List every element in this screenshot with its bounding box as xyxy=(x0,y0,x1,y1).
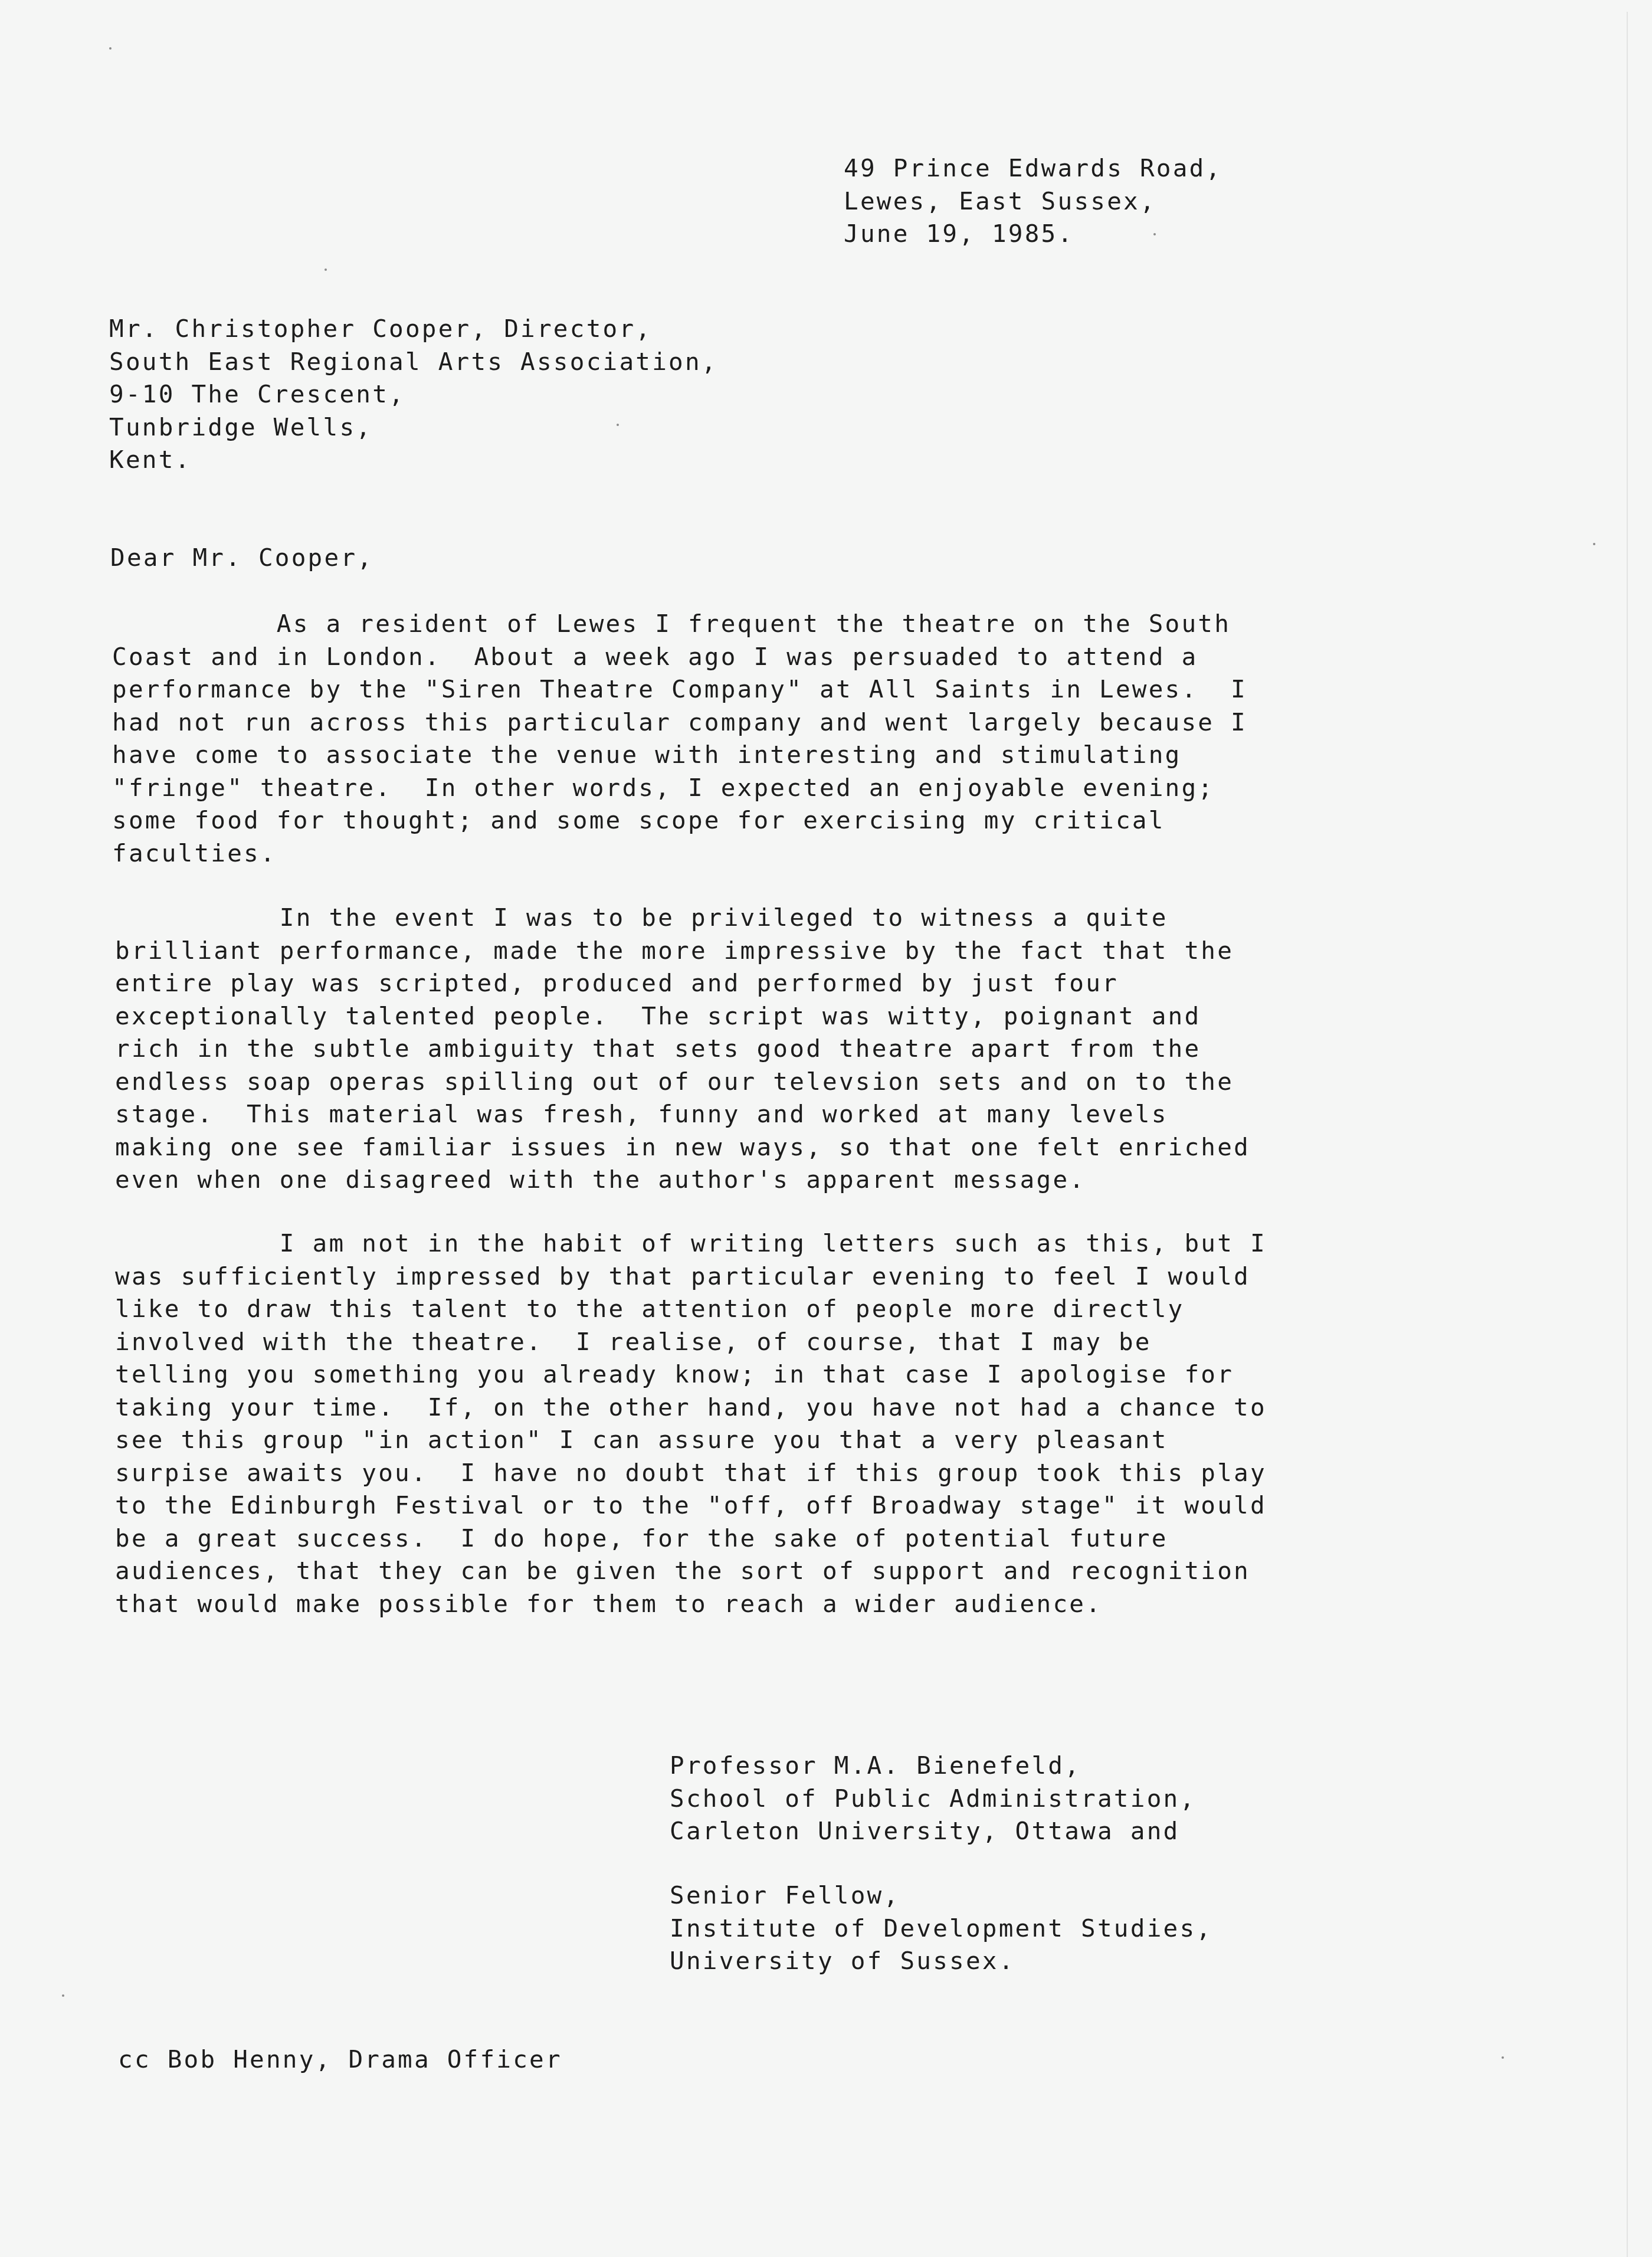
signature-line: Senior Fellow, xyxy=(670,1879,1212,1912)
paragraph-line: taking your time. If, on the other hand,… xyxy=(115,1391,1267,1424)
paragraph-line: As a resident of Lewes I frequent the th… xyxy=(112,608,1247,641)
scan-speck xyxy=(1153,233,1156,235)
paragraph-line: involved with the theatre. I realise, of… xyxy=(115,1326,1267,1359)
paragraph-3: I am not in the habit of writing letters… xyxy=(115,1227,1267,1620)
signature-block-secondary: Senior Fellow, Institute of Development … xyxy=(670,1879,1212,1978)
sender-address-line: Lewes, East Sussex, xyxy=(844,185,1222,218)
scan-speck xyxy=(62,1994,64,1997)
paragraph-line: surpise awaits you. I have no doubt that… xyxy=(115,1457,1267,1490)
recipient-address-line: South East Regional Arts Association, xyxy=(109,346,718,379)
scan-speck xyxy=(324,268,327,271)
paragraph-1: As a resident of Lewes I frequent the th… xyxy=(112,608,1247,870)
paragraph-line: Coast and in London. About a week ago I … xyxy=(112,641,1247,674)
paragraph-line: I am not in the habit of writing letters… xyxy=(115,1227,1267,1260)
recipient-address-line: Tunbridge Wells, xyxy=(109,411,718,444)
recipient-address-line: Kent. xyxy=(109,444,718,477)
paragraph-line: audiences, that they can be given the so… xyxy=(115,1555,1267,1588)
paragraph-line: even when one disagreed with the author'… xyxy=(115,1164,1250,1197)
paragraph-line: had not run across this particular compa… xyxy=(112,706,1247,739)
paragraph-line: performance by the "Siren Theatre Compan… xyxy=(112,673,1247,706)
signature-name: Professor M.A. Bienefeld, xyxy=(670,1750,1196,1783)
paragraph-line: see this group "in action" I can assure … xyxy=(115,1424,1267,1457)
paragraph-line: stage. This material was fresh, funny an… xyxy=(115,1098,1250,1131)
sender-address: 49 Prince Edwards Road, Lewes, East Suss… xyxy=(844,152,1222,251)
scan-speck xyxy=(1502,2056,1504,2059)
recipient-address: Mr. Christopher Cooper, Director, South … xyxy=(109,313,718,477)
scan-speck xyxy=(617,424,619,426)
letter-page: 49 Prince Edwards Road, Lewes, East Suss… xyxy=(0,0,1652,2257)
scan-speck xyxy=(109,47,112,50)
recipient-address-line: Mr. Christopher Cooper, Director, xyxy=(109,313,718,346)
paragraph-line: telling you something you already know; … xyxy=(115,1358,1267,1391)
paragraph-line: be a great success. I do hope, for the s… xyxy=(115,1522,1267,1555)
paragraph-line: making one see familiar issues in new wa… xyxy=(115,1131,1250,1164)
letter-date: June 19, 1985. xyxy=(844,218,1222,251)
cc-line: cc Bob Henny, Drama Officer xyxy=(118,2043,562,2076)
paragraph-line: "fringe" theatre. In other words, I expe… xyxy=(112,772,1247,805)
signature-line: University of Sussex. xyxy=(670,1945,1212,1978)
salutation: Dear Mr. Cooper, xyxy=(110,542,373,575)
scan-speck xyxy=(1593,543,1595,545)
sender-address-line: 49 Prince Edwards Road, xyxy=(844,152,1222,185)
paragraph-line: endless soap operas spilling out of our … xyxy=(115,1066,1250,1099)
paragraph-line: to the Edinburgh Festival or to the "off… xyxy=(115,1489,1267,1522)
paragraph-line: exceptionally talented people. The scrip… xyxy=(115,1000,1250,1033)
paragraph-2: In the event I was to be privileged to w… xyxy=(115,902,1250,1197)
signature-line: School of Public Administration, xyxy=(670,1783,1196,1816)
paragraph-line: entire play was scripted, produced and p… xyxy=(115,967,1250,1000)
paragraph-line: some food for thought; and some scope fo… xyxy=(112,804,1247,837)
signature-block: Professor M.A. Bienefeld, School of Publ… xyxy=(670,1750,1196,1848)
recipient-address-line: 9-10 The Crescent, xyxy=(109,378,718,411)
paragraph-line: brilliant performance, made the more imp… xyxy=(115,935,1250,968)
paragraph-line: In the event I was to be privileged to w… xyxy=(115,902,1250,935)
paragraph-line: like to draw this talent to the attentio… xyxy=(115,1293,1267,1326)
paragraph-line: was sufficiently impressed by that parti… xyxy=(115,1260,1267,1293)
cc-text: cc Bob Henny, Drama Officer xyxy=(118,2043,562,2076)
signature-line: Institute of Development Studies, xyxy=(670,1912,1212,1945)
salutation-text: Dear Mr. Cooper, xyxy=(110,542,373,575)
paper-edge xyxy=(1627,12,1628,2257)
paragraph-line: have come to associate the venue with in… xyxy=(112,739,1247,772)
paragraph-line: faculties. xyxy=(112,837,1247,870)
paragraph-line: rich in the subtle ambiguity that sets g… xyxy=(115,1033,1250,1066)
paragraph-line: that would make possible for them to rea… xyxy=(115,1588,1267,1621)
signature-line: Carleton University, Ottawa and xyxy=(670,1815,1196,1848)
